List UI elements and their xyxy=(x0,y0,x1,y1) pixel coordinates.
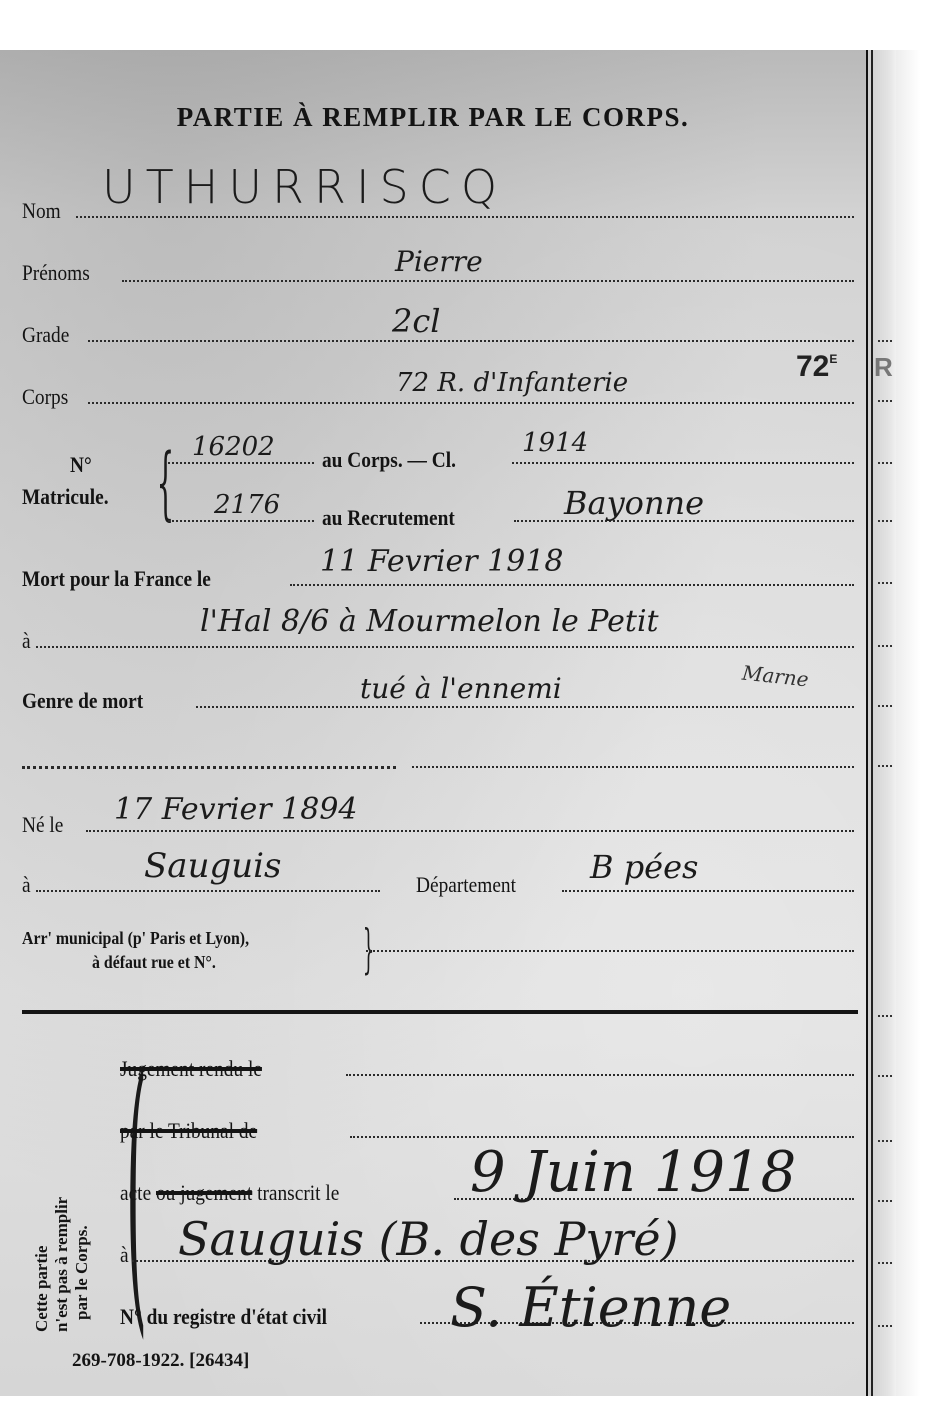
value-registre[interactable]: S. Étienne xyxy=(450,1276,731,1339)
field-line-corps xyxy=(88,402,854,404)
label-departement: Département xyxy=(416,872,516,898)
field-line-nom xyxy=(76,216,854,218)
value-corps[interactable]: 72 R. d'Infanterie xyxy=(396,368,628,398)
value-ne-lieu[interactable]: Sauguis xyxy=(144,846,281,886)
field-line-genre-mort xyxy=(196,706,854,708)
field-line-mort-lieu xyxy=(36,646,854,648)
label-jugement-rendu: Jugement rendu le xyxy=(120,1056,262,1082)
value-classe[interactable]: 1914 xyxy=(522,428,588,458)
label-ne-lieu: à xyxy=(22,872,31,898)
label-corps: Corps xyxy=(22,384,68,410)
value-recrutement[interactable]: Bayonne xyxy=(564,484,704,522)
value-mort-date[interactable]: 11 Fevrier 1918 xyxy=(320,544,564,579)
stamp-side-letter: R xyxy=(874,352,893,383)
value-grade[interactable]: 2cl xyxy=(392,302,441,340)
regiment-stamp: 72E xyxy=(796,350,837,384)
field-line-recrutement-number xyxy=(168,520,314,522)
margin-dots xyxy=(878,645,892,647)
label-arrondissement-rue: à défaut rue et N°. xyxy=(92,952,216,973)
label-genre-mort: Genre de mort xyxy=(22,688,143,714)
margin-dots xyxy=(878,400,892,402)
value-recrutement-number[interactable]: 2176 xyxy=(214,490,280,520)
value-nom[interactable]: UTHURRISCQ xyxy=(102,160,507,214)
label-grade: Grade xyxy=(22,322,69,348)
side-note: Cette partie n'est pas à remplir par le … xyxy=(24,1100,114,1330)
field-line-tribunal xyxy=(350,1136,854,1138)
label-transcription-lieu: à xyxy=(120,1242,129,1268)
margin-dots xyxy=(878,1015,892,1017)
matricule-brace: { xyxy=(157,436,175,529)
blank-line-left xyxy=(22,766,396,769)
margin-dots xyxy=(878,1075,892,1077)
section-divider xyxy=(22,1010,858,1014)
field-line-grade xyxy=(88,340,854,342)
label-matricule: Matricule. xyxy=(22,484,109,510)
label-au-recrutement: au Recrutement xyxy=(322,505,455,531)
margin-dots xyxy=(878,1262,892,1264)
value-acte-date[interactable]: 9 Juin 1918 xyxy=(470,1140,796,1205)
value-departement[interactable]: B pées xyxy=(590,848,698,886)
margin-dots xyxy=(878,462,892,464)
value-mort-lieu[interactable]: l'Hal 8/6 à Mourmelon le Petit xyxy=(200,604,659,639)
stamp-number: 72 xyxy=(796,350,829,383)
label-mort-date: Mort pour la France le xyxy=(22,566,211,592)
blank-line-right xyxy=(412,766,854,768)
field-line-corps-number xyxy=(168,462,314,464)
field-line-departement xyxy=(562,890,854,892)
label-matricule-no: N° xyxy=(70,452,92,478)
margin-strip xyxy=(866,50,898,1396)
page-title: PARTIE À REMPLIR PAR LE CORPS. xyxy=(0,102,866,133)
field-line-jugement-rendu xyxy=(346,1074,854,1076)
label-ne-le: Né le xyxy=(22,812,63,838)
margin-dots xyxy=(878,705,892,707)
label-acte-struck: ou jugement xyxy=(156,1180,252,1205)
stamp-suffix: E xyxy=(829,352,837,366)
field-line-ne-lieu xyxy=(36,890,380,892)
field-line-mort-date xyxy=(290,584,854,586)
label-acte: acte ou jugement transcrit le xyxy=(120,1180,339,1206)
label-registre: N° du registre d'état civil xyxy=(120,1304,327,1330)
label-acte-prefix: acte xyxy=(120,1180,151,1205)
value-corps-number[interactable]: 16202 xyxy=(192,432,275,462)
field-line-prenoms xyxy=(122,280,854,282)
label-nom: Nom xyxy=(22,198,61,224)
label-au-corps: au Corps. — Cl. xyxy=(322,447,456,473)
label-tribunal: par le Tribunal de xyxy=(120,1118,257,1144)
label-prenoms: Prénoms xyxy=(22,260,90,286)
value-transcription-lieu[interactable]: Sauguis (B. des Pyré) xyxy=(178,1212,679,1266)
side-note-line3: par le Corps. xyxy=(72,1225,92,1320)
margin-dots xyxy=(878,582,892,584)
field-line-ne-le xyxy=(86,830,854,832)
field-line-arrondissement xyxy=(366,950,854,952)
margin-dots xyxy=(878,1140,892,1142)
side-note-line1: Cette partie xyxy=(32,1246,52,1332)
label-arrondissement: Arr' municipal (p' Paris et Lyon), xyxy=(22,928,249,949)
label-acte-suffix: transcrit le xyxy=(257,1180,339,1205)
margin-dots xyxy=(878,1200,892,1202)
margin-dots xyxy=(878,765,892,767)
margin-dots xyxy=(878,340,892,342)
field-line-classe xyxy=(512,462,854,464)
print-reference: 269-708-1922. [26434] xyxy=(72,1350,249,1372)
margin-dots xyxy=(878,520,892,522)
value-ne-le[interactable]: 17 Fevrier 1894 xyxy=(114,792,358,827)
value-genre-mort[interactable]: tué à l'ennemi xyxy=(360,672,562,705)
value-prenoms[interactable]: Pierre xyxy=(395,245,483,278)
side-note-line2: n'est pas à remplir xyxy=(52,1197,72,1332)
label-mort-lieu: à xyxy=(22,628,31,654)
margin-fade xyxy=(896,50,920,1396)
margin-dots xyxy=(878,1325,892,1327)
